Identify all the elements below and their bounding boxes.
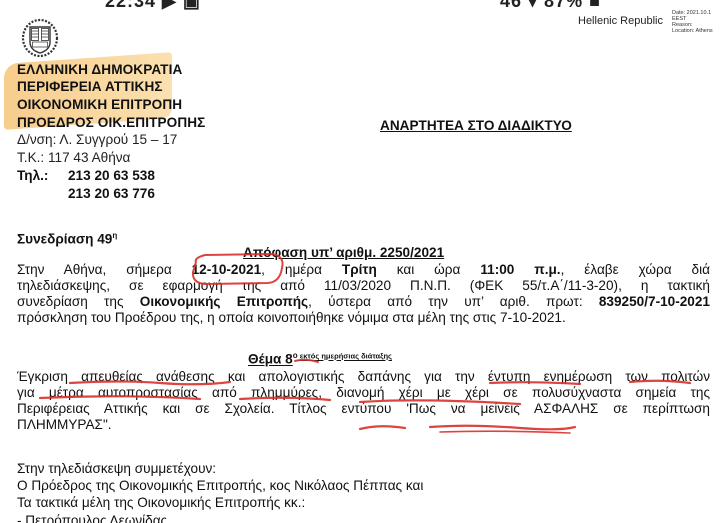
subject-line-2: για μέτρα αυτοπροστασίας από πλημμύρες, … xyxy=(17,385,710,401)
postal-code: Τ.Κ.: 117 43 Αθήνα xyxy=(17,150,130,165)
meeting-time: 11:00 π.μ. xyxy=(480,262,560,277)
attendance-line-2: Ο Πρόεδρος της Οικονομικής Επιτροπής, κο… xyxy=(17,478,423,493)
subject-line-4: ΠΛΗΜΜΥΡΑΣ". xyxy=(17,417,710,433)
session-label: Συνεδρίαση 49 xyxy=(17,232,112,247)
session-number: Συνεδρίαση 49η xyxy=(17,231,117,247)
header-committee: ΟΙΚΟΝΟΜΙΚΗ ΕΠΙΤΡΟΠΗ xyxy=(17,97,182,112)
subject-line-3: Περιφέρειας Αττικής και σε Σχολεία. Τίτλ… xyxy=(17,401,710,417)
intro-line-2: τηλεδιάσκεψης, σε εφαρμογή της από 11/03… xyxy=(17,278,710,294)
committee-name: Οικονομικής Επιτροπής xyxy=(140,294,308,309)
meeting-day: Τρίτη xyxy=(342,262,377,277)
header-republic: ΕΛΛΗΝΙΚΗ ΔΗΜΟΚΡΑΤΙΑ xyxy=(17,62,182,77)
theme-note: εκτός ημερήσιας διάταξης xyxy=(298,352,392,361)
attendance-line-3: Τα τακτικά μέλη της Οικονομικής Επιτροπή… xyxy=(17,495,305,510)
cropped-top-text-right: 46 ▾ 87% ■ xyxy=(500,0,601,3)
cropped-top-text-left: 22:34 ▶ ▣ xyxy=(105,0,201,3)
tel-label: Τηλ.: xyxy=(17,168,48,183)
attendance-line-4: - Πετρόπουλος Λεωνίδας xyxy=(17,513,167,523)
signature-location: Location: Athens xyxy=(672,28,713,34)
header-president: ΠΡΟΕΔΡΟΣ ΟΙΚ.ΕΠΙΤΡΟΠΗΣ xyxy=(17,115,205,130)
intro-line-3: συνεδρίαση της Οικονομικής Επιτροπής, ύσ… xyxy=(17,294,710,310)
decision-title: Απόφαση υπ’ αριθμ. 2250/2021 xyxy=(243,245,444,260)
address: Δ/νση: Λ. Συγγρού 15 – 17 xyxy=(17,132,177,147)
intro-line-4: πρόσκληση του Προέδρου της, η οποία κοιν… xyxy=(17,310,710,326)
signature-name: Hellenic Republic xyxy=(578,15,663,27)
theme-label: Θέμα 8 xyxy=(248,352,293,367)
subject-line-1: Έγκριση απευθείας ανάθεσης και απολογιστ… xyxy=(17,369,710,385)
meeting-date: 12-10-2021 xyxy=(192,262,262,277)
tel-1: 213 20 63 538 xyxy=(68,168,155,183)
online-notice: ΑΝΑΡΤΗΤΕΑ ΣΤΟ ΔΙΑΔΙΚΤΥΟ xyxy=(380,118,572,133)
tel-2: 213 20 63 776 xyxy=(68,186,155,201)
intro-line-1: Στην Αθήνα, σήμερα 12-10-2021, ημέρα Τρί… xyxy=(17,262,710,278)
theme-title: Θέμα 8ο εκτός ημερήσιας διάταξης xyxy=(248,351,392,367)
signature-meta: Date: 2021.10.1 EEST Reason: Location: A… xyxy=(672,10,713,34)
greek-emblem-icon xyxy=(20,18,60,58)
attendance-line-1: Στην τηλεδιάσκεψη συμμετέχουν: xyxy=(17,461,216,476)
session-sup: η xyxy=(112,231,117,240)
invitation-ref: 839250/7-10-2021 xyxy=(599,294,710,309)
header-region: ΠΕΡΙΦΕΡΕΙΑ ΑΤΤΙΚΗΣ xyxy=(17,79,163,94)
